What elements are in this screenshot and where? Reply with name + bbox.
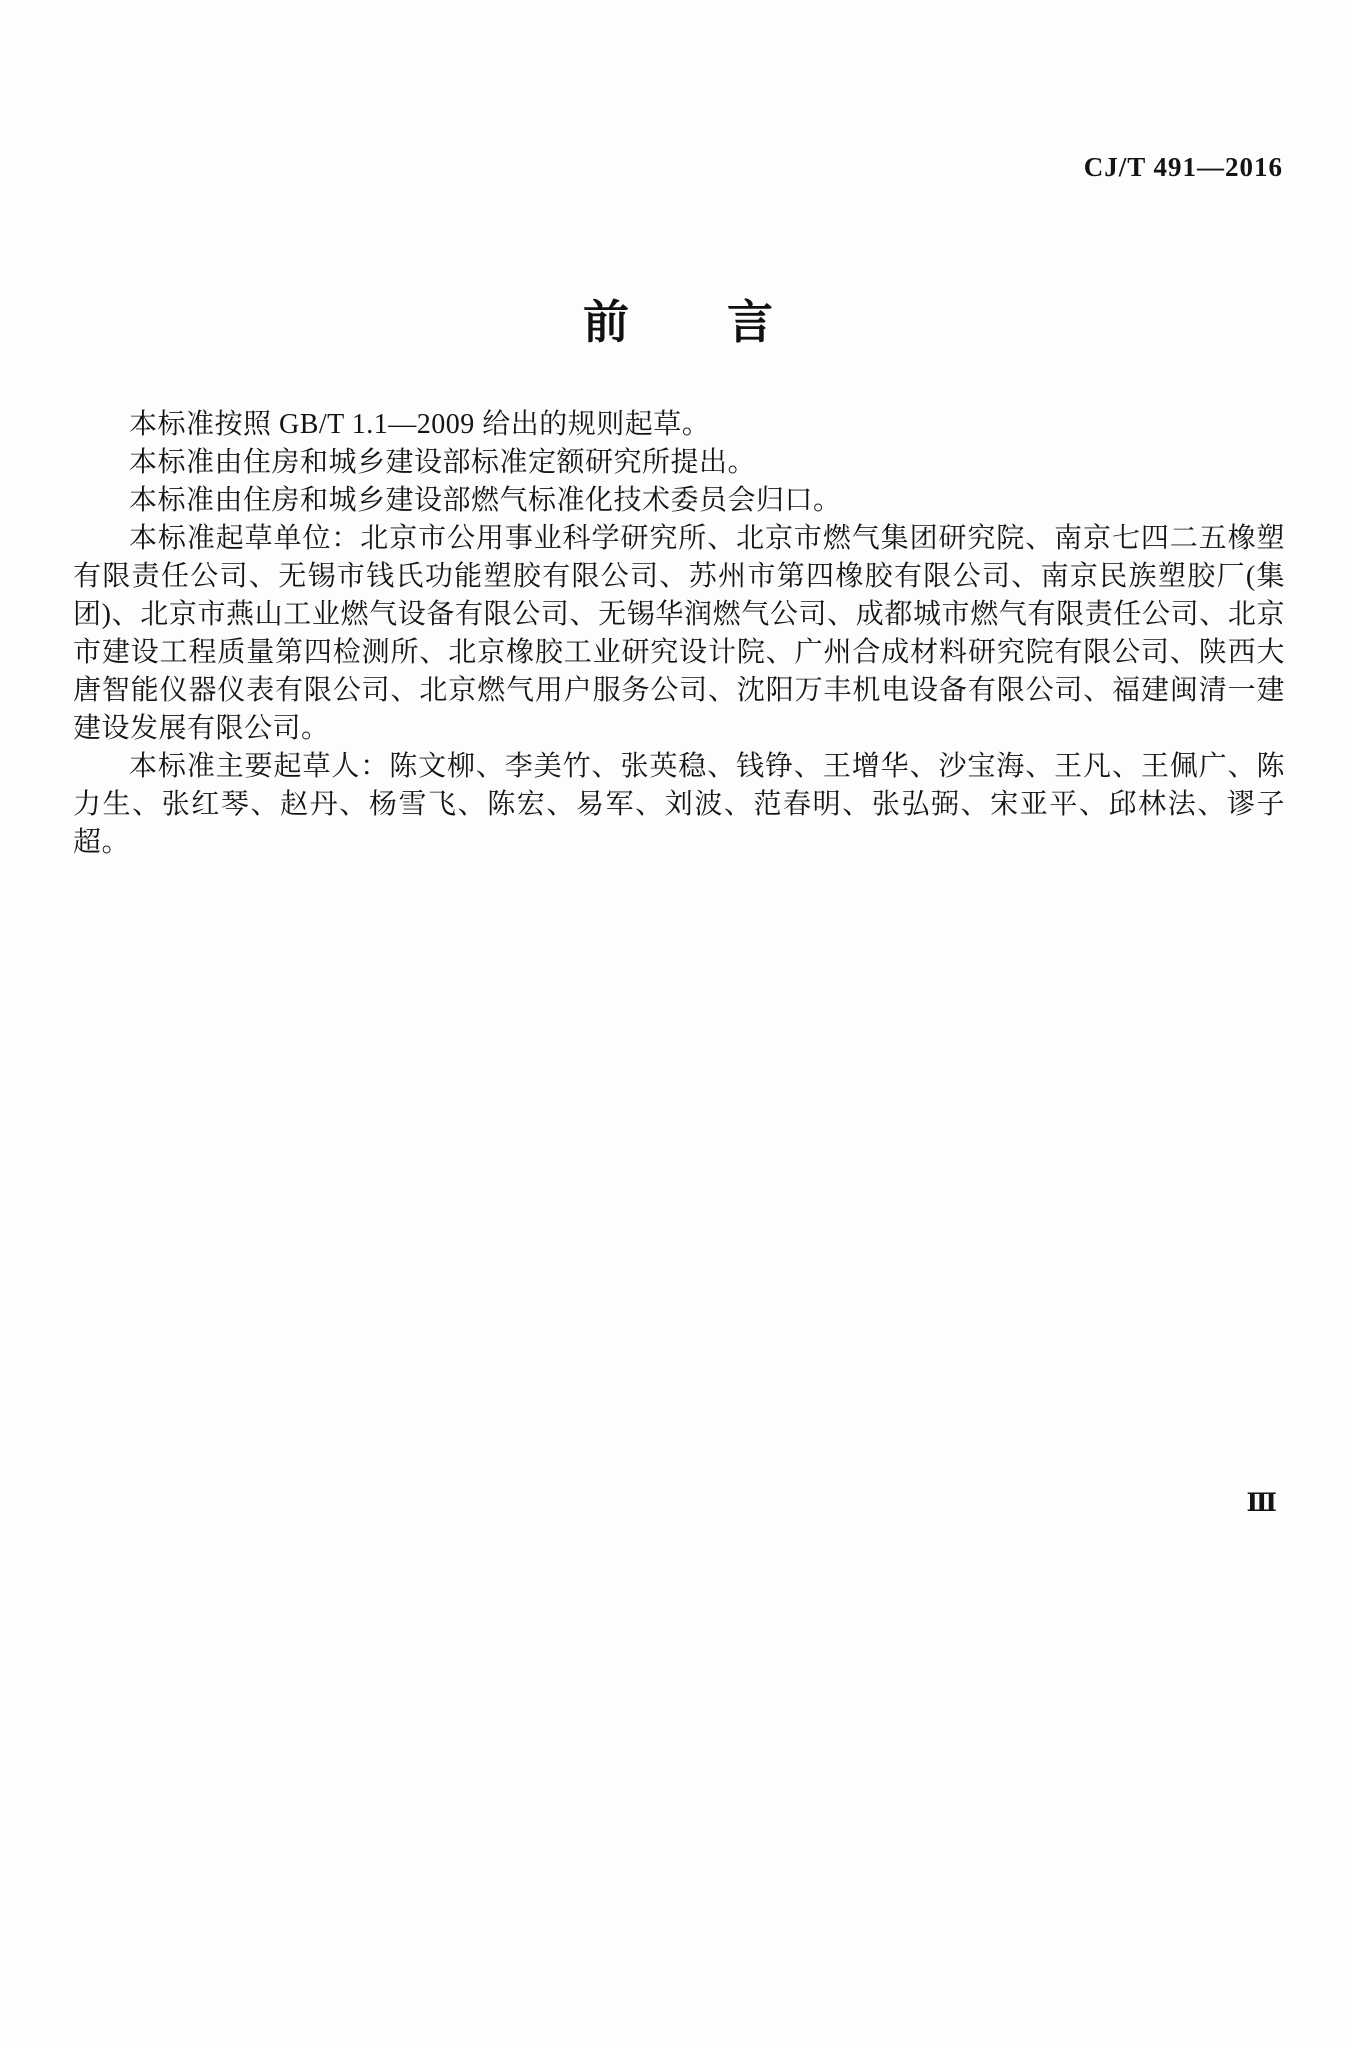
paragraph-main-drafters: 本标准主要起草人：陈文柳、李美竹、张英稳、钱铮、王增华、沙宝海、王凡、王佩广、陈… (73, 748, 1285, 862)
foreword-title: 前 言 (73, 286, 1285, 352)
document-page: CJ/T 491—2016 前 言 本标准按照 GB/T 1.1—2009 给出… (0, 0, 1345, 2048)
paragraph-proposed-by: 本标准由住房和城乡建设部标准定额研究所提出。 (73, 444, 1285, 482)
page-number: Ⅲ (1247, 1488, 1277, 1518)
foreword-body: 本标准按照 GB/T 1.1—2009 给出的规则起草。 本标准由住房和城乡建设… (73, 406, 1285, 862)
paragraph-drafting-organizations: 本标准起草单位：北京市公用事业科学研究所、北京市燃气集团研究院、南京七四二五橡塑… (73, 520, 1285, 748)
paragraph-centralized-by: 本标准由住房和城乡建设部燃气标准化技术委员会归口。 (73, 482, 1285, 520)
paragraph-rules-basis: 本标准按照 GB/T 1.1—2009 给出的规则起草。 (73, 406, 1285, 444)
standard-code-header: CJ/T 491—2016 (1084, 152, 1283, 183)
